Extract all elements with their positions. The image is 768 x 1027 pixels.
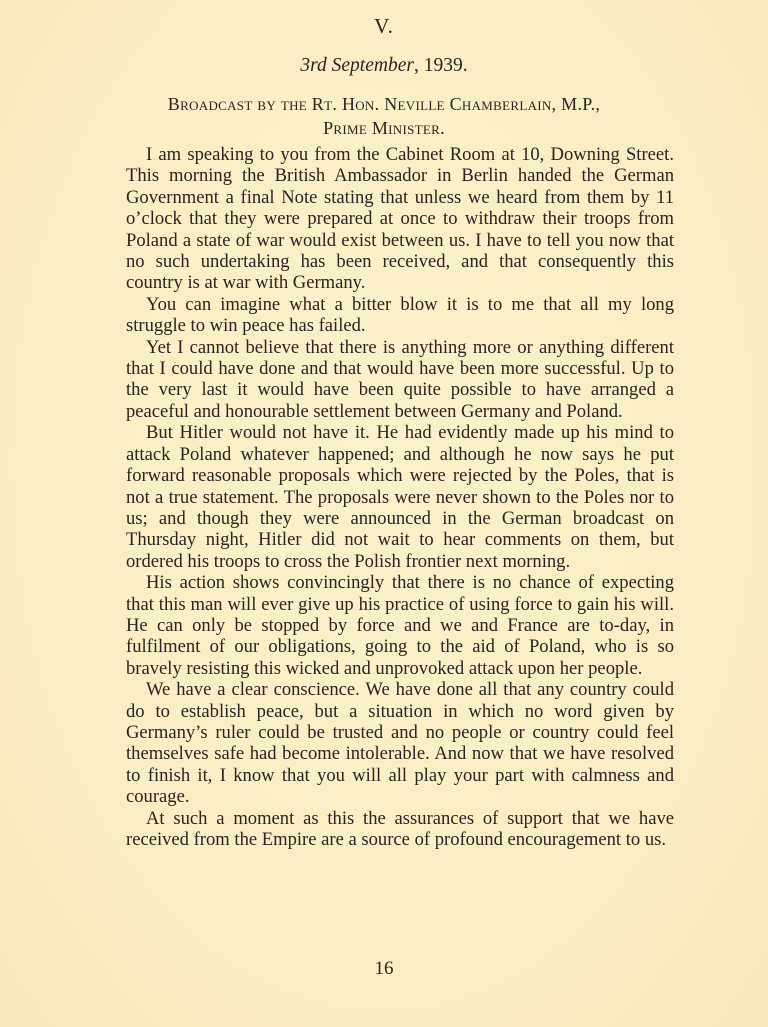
broadcast-heading: Broadcast by the Rt. Hon. Neville Chambe…	[0, 92, 768, 140]
chapter-number: V.	[0, 14, 768, 39]
heading-line-1: Broadcast by the Rt. Hon. Neville Chambe…	[0, 92, 768, 116]
date-year: , 1939.	[414, 55, 468, 76]
paragraph: But Hitler would not have it. He had evi…	[126, 422, 674, 572]
paragraph: You can imagine what a bitter blow it is…	[126, 294, 674, 337]
paragraph: Yet I cannot believe that there is anyth…	[126, 337, 674, 423]
paragraph: His action shows convincingly that there…	[126, 572, 674, 679]
date-line: 3rd September, 1939.	[0, 55, 768, 77]
date-day-month: 3rd September	[300, 55, 414, 76]
paragraph: I am speaking to you from the Cabinet Ro…	[126, 144, 674, 294]
heading-line-2: Prime Minister.	[0, 116, 768, 140]
document-page: V. 3rd September, 1939. Broadcast by the…	[0, 0, 768, 1027]
page-number: 16	[0, 958, 768, 980]
paragraph: At such a moment as this the assurances …	[126, 808, 674, 851]
speech-body: I am speaking to you from the Cabinet Ro…	[126, 144, 674, 850]
paragraph: We have a clear conscience. We have done…	[126, 679, 674, 807]
